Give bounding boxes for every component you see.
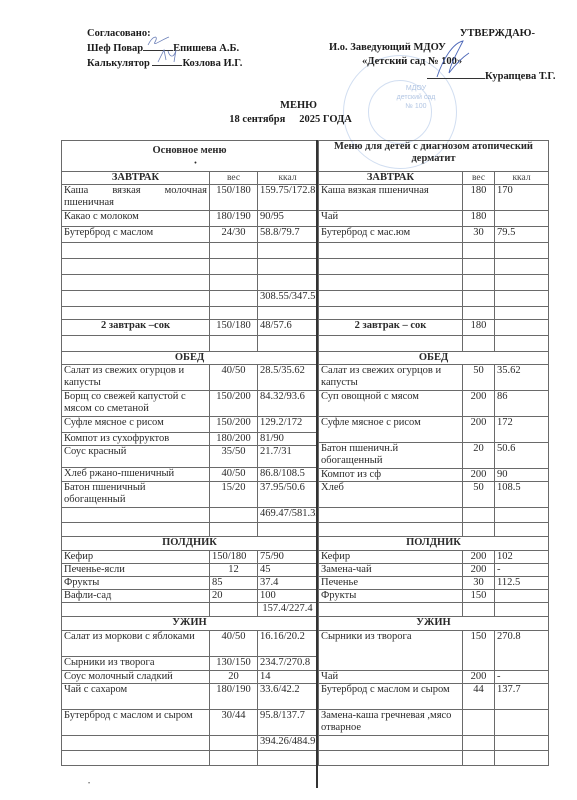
title-year: 2025 ГОДА — [299, 114, 352, 125]
dish-name: Сырники из творога — [319, 631, 463, 671]
dish-kcal: 84.32/93.6 — [258, 391, 318, 417]
table-row — [319, 307, 549, 320]
calculator-line: Калькулятор Козлова И.Г. — [87, 56, 242, 71]
table-row: Суфле мясное с рисом150/200129.2/172 — [62, 417, 318, 433]
table-row: Чай180 — [319, 211, 549, 227]
empty-cell — [258, 307, 318, 320]
dish-name: Кефир — [319, 551, 463, 564]
empty-cell — [62, 275, 210, 291]
section-breakfast: ЗАВТРАК — [319, 172, 463, 185]
dish-name: Фрукты — [62, 577, 210, 590]
dish-name: Хлеб — [319, 482, 463, 508]
main-menu-table: Основное менюЗАВТРАКвесккалКаша вязкая м… — [61, 140, 318, 766]
dish-kcal: 79.5 — [495, 227, 549, 243]
table-row — [62, 751, 318, 766]
empty-cell — [319, 508, 463, 523]
table-row: ОБЕД — [62, 352, 318, 365]
table-row: Соус молочный сладкий2014 — [62, 671, 318, 684]
approve-label: УТВЕРЖДАЮ- — [325, 27, 535, 41]
dish-name: Суфле мясное с рисом — [62, 417, 210, 433]
table-row — [62, 336, 318, 352]
dish-kcal: 172 — [495, 417, 549, 443]
empty-cell — [258, 336, 318, 352]
table-row: Салат из моркови с яблоками40/5016.16/20… — [62, 631, 318, 657]
dish-name: Замена-каша гречневая ,мясо отварное — [319, 710, 463, 736]
dish-weight: 200 — [463, 469, 495, 482]
head-name: Курапцева Т.Г. — [485, 71, 556, 82]
dish-name: Бутерброд с маслом и сыром — [62, 710, 210, 736]
chef-role: Шеф Повар — [87, 43, 143, 54]
empty-cell — [495, 603, 549, 617]
second-breakfast: 2 завтрак – сок — [319, 320, 463, 336]
table-row: ЗАВТРАКвесккал — [62, 172, 318, 185]
dish-weight: 150 — [463, 631, 495, 671]
empty-cell — [463, 603, 495, 617]
empty-cell — [319, 259, 463, 275]
empty-cell — [210, 259, 258, 275]
dish-weight: 20 — [210, 590, 258, 603]
dish-name: Батон пшеничный обогащенный — [62, 482, 210, 508]
head-signature — [427, 69, 485, 79]
empty-cell — [210, 603, 258, 617]
empty-cell — [210, 275, 258, 291]
table-row: Вафли-сад20100 — [62, 590, 318, 603]
empty-cell — [258, 243, 318, 259]
document-title: МЕНЮ 18 сентября2025 ГОДА — [0, 99, 577, 127]
empty-cell — [495, 508, 549, 523]
table-row: Каша вязкая молочная пшеничная150/180159… — [62, 185, 318, 211]
dish-weight: 150/180 — [210, 320, 258, 336]
dish-weight: 200 — [463, 417, 495, 443]
dish-kcal: - — [495, 671, 549, 684]
dish-kcal: 170 — [495, 185, 549, 211]
table-row: Чай200- — [319, 671, 549, 684]
dish-weight: 40/50 — [210, 468, 258, 482]
table-row — [319, 259, 549, 275]
table-row — [319, 736, 549, 751]
dish-weight: 12 — [210, 564, 258, 577]
dish-name: Печенье-ясли — [62, 564, 210, 577]
table-row: ОБЕД — [319, 352, 549, 365]
dish-kcal: 137.7 — [495, 684, 549, 710]
empty-cell — [463, 751, 495, 766]
table-row: Салат из свежих огурцов и капусты40/5028… — [62, 365, 318, 391]
dish-name: Компот из сф — [319, 469, 463, 482]
empty-cell — [258, 275, 318, 291]
empty-cell — [495, 307, 549, 320]
dish-weight: 180/200 — [210, 433, 258, 446]
dish-weight: 150/200 — [210, 417, 258, 433]
dish-kcal: 102 — [495, 551, 549, 564]
table-row: Компот из сф20090 — [319, 469, 549, 482]
table-row: Батон пшеничный обогащенный15/2037.95/50… — [62, 482, 318, 508]
table-row: ЗАВТРАКвесккал — [319, 172, 549, 185]
dish-kcal: 234.7/270.8 — [258, 657, 318, 671]
dish-name: Каша вязкая пшеничная — [319, 185, 463, 211]
dish-kcal: 86 — [495, 391, 549, 417]
empty-cell — [495, 336, 549, 352]
empty-cell — [463, 508, 495, 523]
empty-cell — [210, 751, 258, 766]
title-heading: МЕНЮ — [20, 99, 577, 113]
table-row: УЖИН — [319, 617, 549, 631]
empty-cell — [210, 307, 258, 320]
empty-cell — [463, 523, 495, 537]
table-row: Каша вязкая пшеничная180170 — [319, 185, 549, 211]
empty-cell — [62, 291, 210, 307]
table-row — [62, 307, 318, 320]
dish-kcal: 90/95 — [258, 211, 318, 227]
empty-cell — [463, 336, 495, 352]
dish-name: Соус красный — [62, 446, 210, 468]
empty-cell — [210, 523, 258, 537]
dish-kcal: 21.7/31 — [258, 446, 318, 468]
dish-weight — [463, 710, 495, 736]
dish-kcal: 270.8 — [495, 631, 549, 671]
empty-cell — [319, 603, 463, 617]
dish-name: Суп овощной с мясом — [319, 391, 463, 417]
empty-cell — [62, 508, 210, 523]
empty-cell — [62, 307, 210, 320]
table-row: 2 завтрак –сок150/18048/57.6 — [62, 320, 318, 336]
dish-name: Бутерброд с маслом — [62, 227, 210, 243]
main-menu-title-text: Основное меню — [64, 141, 315, 157]
dish-kcal: 112.5 — [495, 577, 549, 590]
dish-weight: 30 — [463, 227, 495, 243]
table-row: Хлеб50108.5 — [319, 482, 549, 508]
table-row: УЖИН — [62, 617, 318, 631]
empty-cell — [319, 243, 463, 259]
dish-kcal: 90 — [495, 469, 549, 482]
table-row — [319, 275, 549, 291]
table-row: Бутерброд с маслом24/3058.8/79.7 — [62, 227, 318, 243]
dish-kcal: 14 — [258, 671, 318, 684]
empty-cell — [62, 751, 210, 766]
dish-name: Салат из свежих огурцов и капусты — [319, 365, 463, 391]
empty-cell — [62, 243, 210, 259]
table-row — [62, 523, 318, 537]
dish-name: Суфле мясное с рисом — [319, 417, 463, 443]
table-row: Какао с молоком180/19090/95 — [62, 211, 318, 227]
table-row: Замена-чай200- — [319, 564, 549, 577]
dish-weight: 40/50 — [210, 631, 258, 657]
dish-kcal: 86.8/108.5 — [258, 468, 318, 482]
dish-kcal: 33.6/42.2 — [258, 684, 318, 710]
table-row: Фрукты150 — [319, 590, 549, 603]
table-row — [62, 259, 318, 275]
empty-cell — [62, 736, 210, 751]
table-row — [319, 603, 549, 617]
empty-cell — [495, 291, 549, 307]
title-date-line: 18 сентября2025 ГОДА — [4, 113, 577, 127]
dish-kcal: - — [495, 564, 549, 577]
dish-kcal — [495, 320, 549, 336]
dish-weight: 85 — [210, 577, 258, 590]
dish-weight: 200 — [463, 551, 495, 564]
empty-cell — [319, 307, 463, 320]
dish-kcal: 100 — [258, 590, 318, 603]
dish-weight: 40/50 — [210, 365, 258, 391]
head-position: И.о. Заведующий МДОУ — [329, 41, 535, 55]
dish-weight: 35/50 — [210, 446, 258, 468]
table-row: Печенье30112.5 — [319, 577, 549, 590]
dish-kcal: 108.5 — [495, 482, 549, 508]
dish-name: Вафли-сад — [62, 590, 210, 603]
second-breakfast: 2 завтрак –сок — [62, 320, 210, 336]
dish-weight: 180/190 — [210, 211, 258, 227]
dish-name: Сырники из творога — [62, 657, 210, 671]
table-row: Основное меню — [62, 141, 318, 172]
empty-cell — [258, 523, 318, 537]
empty-cell — [210, 336, 258, 352]
dish-kcal: 58.8/79.7 — [258, 227, 318, 243]
empty-cell — [463, 736, 495, 751]
dish-weight: 150/180 — [210, 185, 258, 211]
table-row: Меню для детей с диагнозом атопический д… — [319, 141, 549, 172]
table-row — [319, 243, 549, 259]
empty-cell — [319, 523, 463, 537]
dish-weight: 50 — [463, 365, 495, 391]
table-row: Бутерброд с маслом и сыром44137.7 — [319, 684, 549, 710]
table-row: Батон пшеничн.й обогащенный2050.6 — [319, 443, 549, 469]
dish-name: Салат из моркови с яблоками — [62, 631, 210, 657]
col-weight: вес — [210, 172, 258, 185]
table-row: Компот из сухофруктов180/20081/90 — [62, 433, 318, 446]
dish-weight: 150/180 — [210, 551, 258, 564]
table-row: Замена-каша гречневая ,мясо отварное — [319, 710, 549, 736]
dish-kcal: 45 — [258, 564, 318, 577]
empty-cell — [210, 291, 258, 307]
dish-weight: 180 — [463, 320, 495, 336]
dish-weight: 180 — [463, 211, 495, 227]
section-snack: ПОЛДНИК — [62, 537, 318, 551]
calculator-signature — [152, 56, 182, 66]
title-date: 18 сентября — [229, 114, 285, 125]
table-row: Кефир150/18075/90 — [62, 551, 318, 564]
empty-cell — [258, 751, 318, 766]
section-dinner: УЖИН — [62, 617, 318, 631]
dish-name: Бутерброд с мас.юм — [319, 227, 463, 243]
table-row: Бутерброд с маслом и сыром30/4495.8/137.… — [62, 710, 318, 736]
column-divider — [316, 140, 318, 788]
dish-weight: 15/20 — [210, 482, 258, 508]
empty-cell — [463, 291, 495, 307]
table-row: Хлеб ржано-пшеничный40/5086.8/108.5 — [62, 468, 318, 482]
table-row: Печенье-ясли1245 — [62, 564, 318, 577]
table-row: Кефир200102 — [319, 551, 549, 564]
table-row — [62, 243, 318, 259]
main-menu-title: Основное меню — [62, 141, 318, 172]
table-row: 157.4/227.4 — [62, 603, 318, 617]
total-kcal: 394.26/484.9 — [258, 736, 318, 751]
table-row: Сырники из творога150270.8 — [319, 631, 549, 671]
empty-cell — [495, 259, 549, 275]
dish-name: Фрукты — [319, 590, 463, 603]
table-row: 394.26/484.9 — [62, 736, 318, 751]
dish-kcal: 129.2/172 — [258, 417, 318, 433]
dish-weight: 200 — [463, 391, 495, 417]
table-row — [319, 508, 549, 523]
dish-name: Замена-чай — [319, 564, 463, 577]
empty-cell — [319, 275, 463, 291]
empty-cell — [62, 523, 210, 537]
dish-weight: 150/200 — [210, 391, 258, 417]
section-snack: ПОЛДНИК — [319, 537, 549, 551]
dish-kcal: 28.5/35.62 — [258, 365, 318, 391]
table-row: 2 завтрак – сок180 — [319, 320, 549, 336]
table-row: Бутерброд с мас.юм3079.5 — [319, 227, 549, 243]
empty-cell — [210, 243, 258, 259]
footer-mark: • — [88, 781, 90, 787]
dish-name: Компот из сухофруктов — [62, 433, 210, 446]
dish-kcal: 81/90 — [258, 433, 318, 446]
dish-name: Какао с молоком — [62, 211, 210, 227]
empty-cell — [463, 259, 495, 275]
approval-block: Согласовано: Шеф ПоварЕпишева А.Б. Кальк… — [87, 27, 242, 71]
dish-kcal — [495, 211, 549, 227]
table-row — [319, 523, 549, 537]
section-breakfast: ЗАВТРАК — [62, 172, 210, 185]
table-row — [319, 291, 549, 307]
dish-name: Печенье — [319, 577, 463, 590]
empty-cell — [319, 291, 463, 307]
dish-weight: 200 — [463, 671, 495, 684]
table-row: Фрукты8537.4 — [62, 577, 318, 590]
dish-name: Бутерброд с маслом и сыром — [319, 684, 463, 710]
total-kcal: 157.4/227.4 — [258, 603, 318, 617]
empty-cell — [463, 243, 495, 259]
dish-weight: 24/30 — [210, 227, 258, 243]
empty-cell — [495, 243, 549, 259]
chef-name: Епишева А.Б. — [173, 43, 239, 54]
empty-cell — [495, 275, 549, 291]
dish-kcal: 50.6 — [495, 443, 549, 469]
empty-cell — [62, 336, 210, 352]
col-weight: вес — [463, 172, 495, 185]
dish-weight: 130/150 — [210, 657, 258, 671]
table-row: 308.55/347.5 — [62, 291, 318, 307]
dish-kcal — [495, 590, 549, 603]
dish-name: Борщ со свежей капустой с мясом со смета… — [62, 391, 210, 417]
table-row — [319, 751, 549, 766]
calculator-name: Козлова И.Г. — [182, 58, 242, 69]
dish-kcal: 37.4 — [258, 577, 318, 590]
table-row: 469.47/581.32 — [62, 508, 318, 523]
dish-weight: 150 — [463, 590, 495, 603]
empty-cell — [210, 508, 258, 523]
total-kcal: 308.55/347.5 — [258, 291, 318, 307]
calculator-role: Калькулятор — [87, 58, 150, 69]
table-row: Суп овощной с мясом20086 — [319, 391, 549, 417]
dish-name: Хлеб ржано-пшеничный — [62, 468, 210, 482]
dish-weight: 200 — [463, 564, 495, 577]
table-row: Салат из свежих огурцов и капусты5035.62 — [319, 365, 549, 391]
empty-cell — [319, 736, 463, 751]
section-lunch: ОБЕД — [319, 352, 549, 365]
dish-kcal: 159.75/172.8 — [258, 185, 318, 211]
table-row: ПОЛДНИК — [319, 537, 549, 551]
diet-menu-table: Меню для детей с диагнозом атопический д… — [318, 140, 549, 766]
dish-weight: 50 — [463, 482, 495, 508]
empty-cell — [495, 523, 549, 537]
dish-kcal: 16.16/20.2 — [258, 631, 318, 657]
empty-cell — [463, 275, 495, 291]
dish-name: Батон пшеничн.й обогащенный — [319, 443, 463, 469]
empty-cell — [319, 751, 463, 766]
table-row: Чай с сахаром180/19033.6/42.2 — [62, 684, 318, 710]
dish-weight: 20 — [210, 671, 258, 684]
empty-cell — [495, 751, 549, 766]
table-row — [319, 336, 549, 352]
empty-cell — [463, 307, 495, 320]
head-line: Курапцева Т.Г. — [427, 69, 535, 84]
dish-name: Каша вязкая молочная пшеничная — [62, 185, 210, 211]
dish-weight: 20 — [463, 443, 495, 469]
total-kcal: 469.47/581.32 — [258, 508, 318, 523]
dish-name: Чай с сахаром — [62, 684, 210, 710]
table-row: Сырники из творога130/150234.7/270.8 — [62, 657, 318, 671]
table-row: Суфле мясное с рисом200172 — [319, 417, 549, 443]
dish-weight: 180/190 — [210, 684, 258, 710]
empty-cell — [62, 259, 210, 275]
approve-block: УТВЕРЖДАЮ- И.о. Заведующий МДОУ «Детский… — [325, 27, 535, 84]
table-row: Соус красный35/5021.7/31 — [62, 446, 318, 468]
section-lunch: ОБЕД — [62, 352, 318, 365]
col-kcal: ккал — [495, 172, 549, 185]
table-row: ПОЛДНИК — [62, 537, 318, 551]
dish-kcal: 35.62 — [495, 365, 549, 391]
dish-weight: 180 — [463, 185, 495, 211]
dish-name: Кефир — [62, 551, 210, 564]
dish-weight: 44 — [463, 684, 495, 710]
dish-kcal: 48/57.6 — [258, 320, 318, 336]
empty-cell — [210, 736, 258, 751]
empty-cell — [258, 259, 318, 275]
empty-cell — [62, 603, 210, 617]
dish-kcal: 75/90 — [258, 551, 318, 564]
dish-weight: 30 — [463, 577, 495, 590]
empty-cell — [319, 336, 463, 352]
dish-name: Чай — [319, 211, 463, 227]
col-kcal: ккал — [258, 172, 318, 185]
dish-name: Салат из свежих огурцов и капусты — [62, 365, 210, 391]
table-row — [62, 275, 318, 291]
dish-kcal: 37.95/50.6 — [258, 482, 318, 508]
dish-name: Чай — [319, 671, 463, 684]
dish-kcal — [495, 710, 549, 736]
table-row: Борщ со свежей капустой с мясом со смета… — [62, 391, 318, 417]
dish-kcal: 95.8/137.7 — [258, 710, 318, 736]
dish-name: Соус молочный сладкий — [62, 671, 210, 684]
empty-cell — [495, 736, 549, 751]
section-dinner: УЖИН — [319, 617, 549, 631]
dish-weight: 30/44 — [210, 710, 258, 736]
diet-menu-title: Меню для детей с диагнозом атопический д… — [319, 141, 549, 172]
